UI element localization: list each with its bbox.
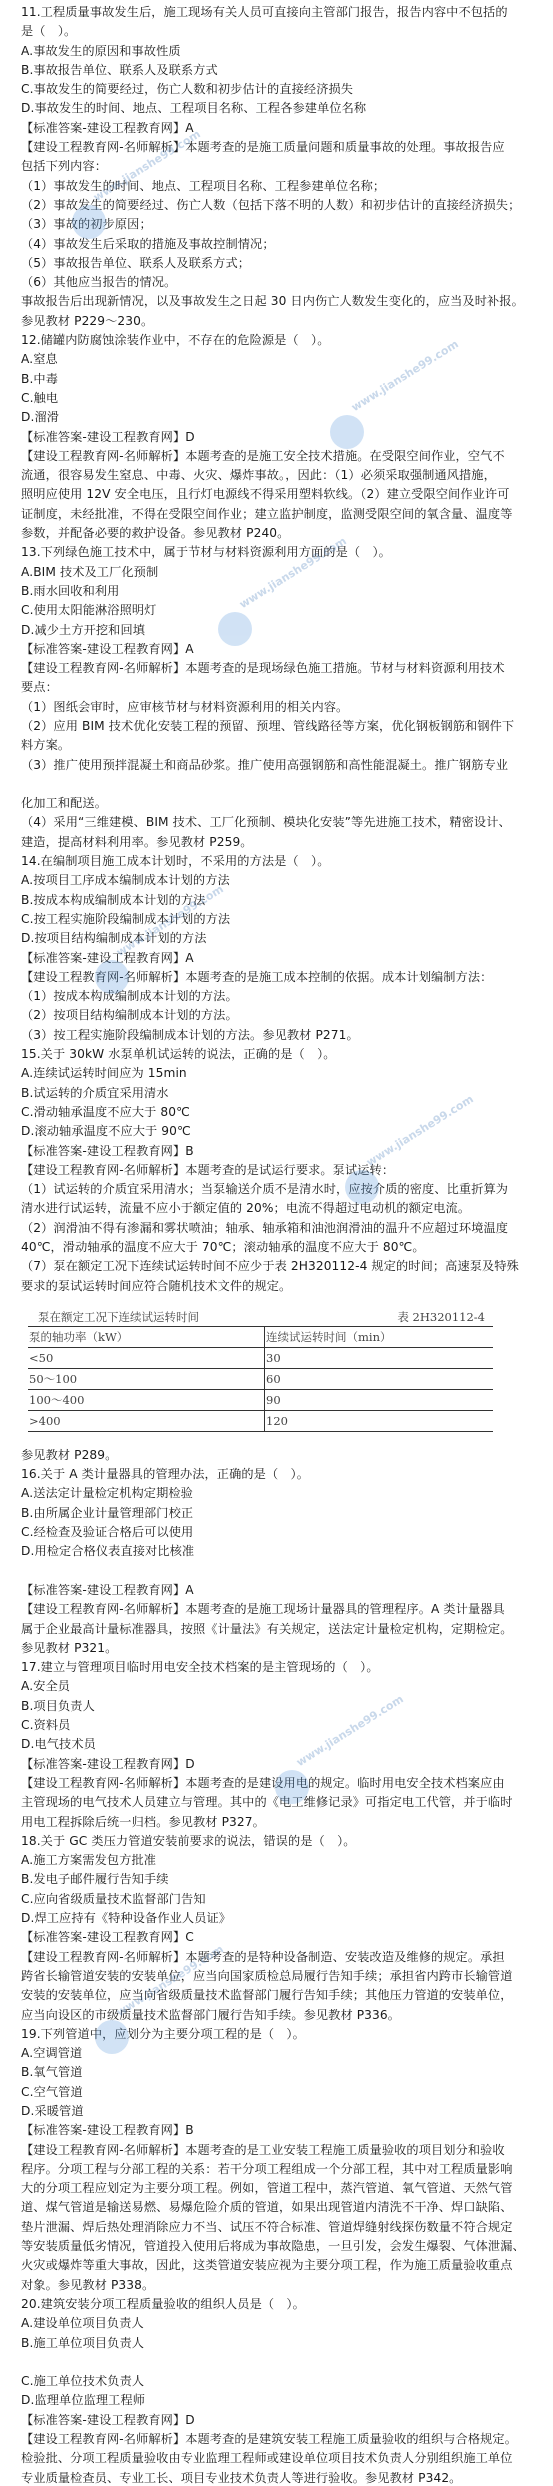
table-cell: 100～400 [28, 1389, 265, 1410]
question-stem: 12.储罐内防腐蚀涂装作业中，不存在的危险源是（ ）。 [21, 331, 533, 350]
standard-answer: 【标准答案-建设工程教育网】C [21, 1928, 533, 1947]
table-header-cell: 泵的轴功率（kW） [28, 1326, 265, 1347]
explanation-text: （3）推广使用预拌混凝土和商品砂浆。推广使用高强钢筋和高性能混凝土。推广钢筋专业 [21, 756, 533, 775]
standard-answer: 【标准答案-建设工程教育网】B [21, 2121, 533, 2140]
explanation-text: 要点： [21, 678, 533, 697]
explanation-text: 照明应使用 12V 安全电压，且行灯电源线不得采用塑料软线。（2）建立受限空间作… [21, 485, 533, 504]
explanation-text: 40℃，滑动轴承的温度不应大于 70℃；滚动轴承的温度不应大于 80℃。 [21, 1238, 533, 1257]
explanation-text: 程序。分项工程与分部工程的关系：若干分项工程组成一个分部工程，其中对工程质量影响 [21, 2160, 533, 2179]
explanation-text: 化加工和配送。 [21, 794, 533, 813]
explanation-text: 参见教材 P229～230。 [21, 312, 533, 331]
standard-answer: 【标准答案-建设工程教育网】D [21, 1755, 533, 1774]
explanation-text: 等安装质量低劣情况，管道投入使用后将成为事故隐患，一旦引发，会发生爆裂、气体泄漏… [21, 2237, 533, 2256]
spacer [21, 1432, 533, 1446]
answer-option: A.按项目工序成本编制成本计划的方法 [21, 871, 533, 890]
explanation-heading: 【建设工程教育网-名师解析】本题考查的是建筑安装工程施工质量验收的组织与合格规定… [21, 2430, 533, 2449]
answer-option: B.事故报告单位、联系人及联系方式 [21, 61, 533, 80]
explanation-text: 清水进行试运转，流量不应小于额定值的 20%；电流不得超过电动机的额定电流。 [21, 1199, 533, 1218]
explanation-text: 是（ ）。 [21, 22, 533, 41]
explanation-text: 要求的泵试运转时间应符合随机技术文件的规定。 [21, 1277, 533, 1296]
explanation-heading: 【建设工程教育网-名师解析】本题考查的是施工成本控制的依据。成本计划编制方法： [21, 968, 533, 987]
answer-option: D.减少土方开挖和回填 [21, 621, 533, 640]
table-caption: 泵在额定工况下连续试运转时间表 2H320112-4 [28, 1308, 493, 1326]
explanation-heading: 【建设工程教育网-名师解析】本题考查的是试运行要求。泵试运转： [21, 1161, 533, 1180]
question-stem: 16.关于 A 类计量器具的管理办法，正确的是（ ）。 [21, 1465, 533, 1484]
explanation-text: 参见教材 P289。 [21, 1446, 533, 1465]
spacer [21, 2353, 533, 2372]
answer-option: B.按成本构成编制成本计划的方法 [21, 891, 533, 910]
explanation-text: 道、煤气管道是输送易燃、易爆危险介质的管道，如果出现管道内清洗不干净、焊口缺陷、 [21, 2198, 533, 2217]
explanation-text: 参见教材 P321。 [21, 1639, 533, 1658]
question-stem: 19.下列管道中，应划分为主要分项工程的是（ ）。 [21, 2025, 533, 2044]
explanation-text: （1）试运转的介质宜采用清水；当泵输送介质不是清水时，应按介质的密度、比重折算为 [21, 1180, 533, 1199]
answer-option: B.氧气管道 [21, 2063, 533, 2082]
explanation-text: （2）应用 BIM 技术优化安装工程的预留、预埋、管线路径等方案，优化钢板钢筋和… [21, 717, 533, 736]
table-number: 表 2H320112-4 [397, 1308, 485, 1326]
answer-option: C.空气管道 [21, 2083, 533, 2102]
explanation-text: 专业质量检查员、专业工长、项目专业技术负责人等进行验收。参见教材 P342。 [21, 2469, 533, 2486]
answer-option: A.BIM 技术及工厂化预制 [21, 563, 533, 582]
answer-option: C.资料员 [21, 1716, 533, 1735]
explanation-text: （2）润滑油不得有渗漏和雾状喷油；轴承、轴承箱和油池润滑油的温升不应超过环境温度 [21, 1219, 533, 1238]
table-cell: 50～100 [28, 1368, 265, 1389]
explanation-text: （5）事故报告单位、联系人及联系方式； [21, 254, 533, 273]
spacer [21, 1562, 533, 1581]
question-stem: 15.关于 30kW 水泵单机试运转的说法，正确的是（ ）。 [21, 1045, 533, 1064]
standard-answer: 【标准答案-建设工程教育网】A [21, 640, 533, 659]
explanation-heading: 【建设工程教育网-名师解析】本题考查的是施工现场计量器具的管理程序。A 类计量器… [21, 1600, 533, 1619]
explanation-text: （6）其他应当报告的情况。 [21, 273, 533, 292]
table-cell: <50 [28, 1347, 265, 1368]
explanation-text: 火灾或爆炸等重大事故，因此，这类管道安装应视为主要分项工程，作为施工质量验收重点 [21, 2256, 533, 2275]
answer-option: D.用检定合格仪表直接对比核准 [21, 1542, 533, 1561]
explanation-heading: 【建设工程教育网-名师解析】本题考查的是工业安装工程施工质量验收的项目划分和验收 [21, 2141, 533, 2160]
explanation-text: 事故报告后出现新情况，以及事故发生之日起 30 日内伤亡人数发生变化的，应当及时… [21, 292, 533, 311]
question-stem: 18.关于 GC 类压力管道安装前要求的说法，错误的是（ ）。 [21, 1832, 533, 1851]
explanation-text: （4）采用“三维建模、BIM 技术、工厂化预制、模块化安装”等先进施工技术，精密… [21, 813, 533, 832]
explanation-text: 证制度，未经批准，不得在受限空间作业；建立监护制度，监测受限空间的氧含量、温度等 [21, 505, 533, 524]
explanation-heading: 【建设工程教育网-名师解析】本题考查的是施工安全技术措施。在受限空间作业，空气不 [21, 447, 533, 466]
question-stem: 20.建筑安装分项工程质量验收的组织人员是（ ）。 [21, 2295, 533, 2314]
table-row: 50～10060 [28, 1368, 493, 1389]
explanation-text: （3）事故的初步原因； [21, 215, 533, 234]
explanation-text: （2）事故发生的简要经过、伤亡人数（包括下落不明的人数）和初步估计的直接经济损失… [21, 196, 533, 215]
explanation-text: （3）按工程实施阶段编制成本计划的方法。参见教材 P271。 [21, 1026, 533, 1045]
pump-runtime-table: 泵在额定工况下连续试运转时间表 2H320112-4泵的轴功率（kW）连续试运转… [28, 1308, 493, 1432]
answer-option: D.按项目结构编制成本计划的方法 [21, 929, 533, 948]
answer-option: D.采暖管道 [21, 2102, 533, 2121]
standard-answer: 【标准答案-建设工程教育网】D [21, 428, 533, 447]
table-row: >400120 [28, 1410, 493, 1431]
answer-option: D.监理单位监理工程师 [21, 2391, 533, 2410]
explanation-text: 主管现场的电气技术人员建立与管理。其中的《电工维修记录》可指定电工代管，并于临时 [21, 1793, 533, 1812]
answer-option: C.按工程实施阶段编制成本计划的方法 [21, 910, 533, 929]
explanation-text: 大的分项工程应划定为主要分项工程。例如，管道工程中，蒸汽管道、氧气管道、天然气管 [21, 2179, 533, 2198]
explanation-heading: 【建设工程教育网-名师解析】本题考查的是建设用电的规定。临时用电安全技术档案应由 [21, 1774, 533, 1793]
question-stem: 13.下列绿色施工技术中，属于节材与材料资源利用方面的是（ ）。 [21, 543, 533, 562]
spacer [21, 775, 533, 794]
table-cell: 120 [265, 1410, 494, 1431]
table-cell: 30 [265, 1347, 494, 1368]
explanation-text: （1）按成本构成编制成本计划的方法。 [21, 987, 533, 1006]
answer-option: A.事故发生的原因和事故性质 [21, 42, 533, 61]
answer-option: C.经检查及验证合格后可以使用 [21, 1523, 533, 1542]
explanation-heading: 【建设工程教育网-名师解析】本题考查的是特种设备制造、安装改造及维修的规定。承担 [21, 1948, 533, 1967]
table-cell: 90 [265, 1389, 494, 1410]
answer-option: C.使用太阳能淋浴照明灯 [21, 601, 533, 620]
table-title: 泵在额定工况下连续试运转时间 [38, 1308, 199, 1326]
answer-option: B.中毒 [21, 370, 533, 389]
explanation-text: 检验批、分项工程质量验收由专业监理工程师或建设单位项目技术负责人分别组织施工单位 [21, 2449, 533, 2468]
explanation-text: 安装的安装单位，应当向省级质量技术监督部门履行告知手续；其他压力管道的安装单位， [21, 1986, 533, 2005]
standard-answer: 【标准答案-建设工程教育网】A [21, 1581, 533, 1600]
answer-option: A.建设单位项目负责人 [21, 2314, 533, 2333]
answer-option: D.事故发生的时间、地点、工程项目名称、工程各参建单位名称 [21, 99, 533, 118]
standard-answer: 【标准答案-建设工程教育网】D [21, 2411, 533, 2430]
question-stem: 11.工程质量事故发生后，施工现场有关人员可直接向主管部门报告，报告内容中不包括… [21, 3, 533, 22]
explanation-heading: 【建设工程教育网-名师解析】本题考查的是现场绿色施工措施。节材与材料资源利用技术 [21, 659, 533, 678]
answer-option: D.滚动轴承温度不应大于 90℃ [21, 1122, 533, 1141]
answer-option: B.雨水回收和利用 [21, 582, 533, 601]
exam-document: 11.工程质量事故发生后，施工现场有关人员可直接向主管部门报告，报告内容中不包括… [0, 0, 553, 2486]
explanation-text: 建造，提高材料利用率。参见教材 P259。 [21, 833, 533, 852]
answer-option: D.溜滑 [21, 408, 533, 427]
table-header-cell: 连续试运转时间（min） [265, 1326, 494, 1347]
explanation-text: 跨省长输管道安装的安装单位，应当向国家质检总局履行告知手续；承担省内跨市长输管道 [21, 1967, 533, 1986]
answer-option: C.滑动轴承温度不应大于 80℃ [21, 1103, 533, 1122]
answer-option: A.安全员 [21, 1677, 533, 1696]
table-row: 100～40090 [28, 1389, 493, 1410]
explanation-text: （1）图纸会审时，应审核节材与材料资源利用的相关内容。 [21, 698, 533, 717]
table-cell: >400 [28, 1410, 265, 1431]
explanation-text: 属于企业最高计量标准器具，按照《计量法》有关规定，送法定计量检定机构，定期检定。 [21, 1620, 533, 1639]
explanation-text: 料方案。 [21, 736, 533, 755]
standard-answer: 【标准答案-建设工程教育网】A [21, 119, 533, 138]
answer-option: B.试运转的介质宜采用清水 [21, 1084, 533, 1103]
question-stem: 17.建立与管理项目临时用电安全技术档案的是主管现场的（ ）。 [21, 1658, 533, 1677]
answer-option: D.焊工应持有《特种设备作业人员证》 [21, 1909, 533, 1928]
explanation-text: （2）按项目结构编制成本计划的方法。 [21, 1006, 533, 1025]
answer-option: C.事故发生的简要经过，伤亡人数和初步估计的直接经济损失 [21, 80, 533, 99]
table-row: <5030 [28, 1347, 493, 1368]
explanation-text: 流通，很容易发生窒息、中毒、火灾、爆炸事故。，因此：（1）必须采取强制通风措施， [21, 466, 533, 485]
table-header-row: 泵的轴功率（kW）连续试运转时间（min） [28, 1326, 493, 1347]
explanation-text: 垫片泄漏、焊后热处理消除应力不当、试压不符合标准、管道焊缝射线探伤数量不符合规定 [21, 2218, 533, 2237]
standard-answer: 【标准答案-建设工程教育网】A [21, 949, 533, 968]
answer-option: A.送法定计量检定机构定期检验 [21, 1484, 533, 1503]
answer-option: A.连续试运转时间应为 15min [21, 1064, 533, 1083]
answer-option: C.应向省级质量技术监督部门告知 [21, 1890, 533, 1909]
answer-option: B.由所属企业计量管理部门校正 [21, 1504, 533, 1523]
answer-option: A.空调管道 [21, 2044, 533, 2063]
answer-option: C.施工单位技术负责人 [21, 2372, 533, 2391]
explanation-text: 参数，并配备必要的救护设备。参见教材 P240。 [21, 524, 533, 543]
explanation-text: 用电工程拆除后统一归档。参见教材 P327。 [21, 1813, 533, 1832]
answer-option: B.施工单位项目负责人 [21, 2334, 533, 2353]
table-cell: 60 [265, 1368, 494, 1389]
standard-answer: 【标准答案-建设工程教育网】B [21, 1142, 533, 1161]
answer-option: C.触电 [21, 389, 533, 408]
explanation-heading: 【建设工程教育网-名师解析】本题考查的是施工质量问题和质量事故的处理。事故报告应 [21, 138, 533, 157]
question-stem: 14.在编制项目施工成本计划时，不采用的方法是（ ）。 [21, 852, 533, 871]
answer-option: A.窒息 [21, 350, 533, 369]
answer-option: B.发电子邮件履行告知手续 [21, 1870, 533, 1889]
explanation-text: 应当向设区的市级质量技术监督部门履行告知手续。参见教材 P336。 [21, 2006, 533, 2025]
explanation-text: （1）事故发生的时间、地点、工程项目名称、工程参建单位名称； [21, 177, 533, 196]
explanation-text: 对象。参见教材 P338。 [21, 2276, 533, 2295]
explanation-text: 包括下列内容： [21, 157, 533, 176]
explanation-text: （4）事故发生后采取的措施及事故控制情况； [21, 235, 533, 254]
answer-option: D.电气技术员 [21, 1735, 533, 1754]
answer-option: A.施工方案需发包方批准 [21, 1851, 533, 1870]
explanation-text: （7）泵在额定工况下连续试运转时间不应少于表 2H320112-4 规定的时间；… [21, 1257, 533, 1276]
answer-option: B.项目负责人 [21, 1697, 533, 1716]
